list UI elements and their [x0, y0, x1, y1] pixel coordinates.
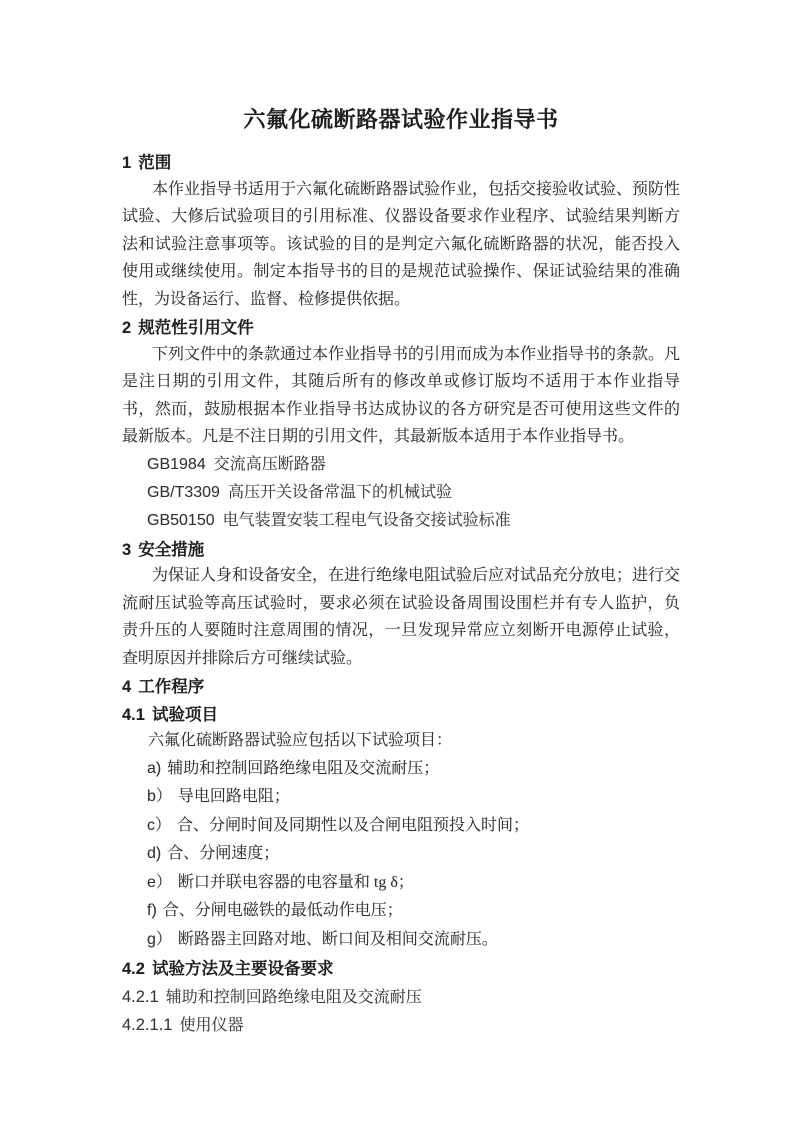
heading-number: 3	[122, 541, 131, 559]
test-item-text: 合、分闸速度；	[167, 845, 279, 862]
reference-name: 电气装置安装工程电气设备交接试验标准	[223, 512, 511, 529]
test-items-intro: 六氟化硫断路器试验应包括以下试验项目：	[122, 727, 680, 755]
heading-text: 范围	[138, 154, 171, 172]
heading-4-procedure: 4工作程序	[122, 672, 680, 700]
heading-number: 2	[122, 319, 131, 337]
heading-4-1-test-items: 4.1试验项目	[122, 700, 680, 728]
heading-text: 试验项目	[152, 706, 218, 724]
test-item-marker: g）	[147, 931, 172, 948]
heading-number: 1	[122, 154, 131, 172]
heading-4-2-1-aux-circuit: 4.2.1辅助和控制回路绝缘电阻及交流耐压	[122, 982, 680, 1011]
test-item: b）导电回路电阻；	[147, 783, 680, 812]
test-item-text: 合、分闸时间及同期性以及合闸电阻预投入时间；	[177, 817, 529, 834]
heading-number: 4.1	[122, 706, 145, 724]
test-item-text: 断口并联电容器的电容量和 tg δ；	[178, 874, 414, 891]
heading-number: 4.2.1.1	[122, 1016, 172, 1034]
heading-1-scope: 1范围	[122, 148, 680, 176]
test-item-marker: c）	[147, 817, 171, 834]
heading-2-references: 2规范性引用文件	[122, 313, 680, 341]
test-item-list: a)辅助和控制回路绝缘电阻及交流耐压； b）导电回路电阻； c）合、分闸时间及同…	[122, 755, 680, 955]
reference-name: 高压开关设备常温下的机械试验	[228, 484, 452, 501]
test-item-text: 导电回路电阻；	[178, 788, 290, 805]
test-item: e）断口并联电容器的电容量和 tg δ；	[147, 869, 680, 898]
test-item-marker: a)	[147, 760, 161, 777]
test-item-marker: b）	[147, 788, 172, 805]
test-item-text: 合、分闸电磁铁的最低动作电压；	[163, 902, 403, 919]
reference-item: GB50150电气装置安装工程电气设备交接试验标准	[147, 507, 680, 535]
reference-item: GB/T3309高压开关设备常温下的机械试验	[147, 479, 680, 507]
test-item: c）合、分闸时间及同期性以及合闸电阻预投入时间；	[147, 812, 680, 841]
heading-3-safety: 3安全措施	[122, 535, 680, 563]
reference-code: GB1984	[147, 456, 206, 473]
paragraph-references: 下列文件中的条款通过本作业指导书的引用而成为本作业指导书的条款。凡是注日期的引用…	[122, 341, 680, 451]
heading-text: 工作程序	[138, 678, 204, 696]
test-item-marker: f)	[147, 902, 157, 919]
heading-4-2-methods: 4.2试验方法及主要设备要求	[122, 954, 680, 982]
test-item: g）断路器主回路对地、断口间及相间交流耐压。	[147, 926, 680, 955]
heading-4-2-1-1-instruments: 4.2.1.1使用仪器	[122, 1010, 680, 1039]
reference-item: GB1984交流高压断路器	[147, 451, 680, 479]
heading-text: 使用仪器	[179, 1017, 243, 1034]
heading-number: 4.2	[122, 960, 145, 978]
test-item: d)合、分闸速度；	[147, 840, 680, 869]
heading-text: 规范性引用文件	[138, 319, 254, 337]
test-item-text: 辅助和控制回路绝缘电阻及交流耐压；	[167, 760, 439, 777]
reference-code: GB50150	[147, 512, 215, 529]
test-item-marker: e）	[147, 874, 172, 891]
paragraph-scope: 本作业指导书适用于六氟化硫断路器试验作业，包括交接验收试验、预防性试验、大修后试…	[122, 176, 680, 314]
heading-number: 4.2.1	[122, 988, 159, 1006]
test-item: f)合、分闸电磁铁的最低动作电压；	[147, 897, 680, 926]
heading-number: 4	[122, 678, 131, 696]
reference-code: GB/T3309	[147, 484, 220, 501]
heading-text: 试验方法及主要设备要求	[152, 960, 334, 978]
test-item: a)辅助和控制回路绝缘电阻及交流耐压；	[147, 755, 680, 784]
reference-list: GB1984交流高压断路器 GB/T3309高压开关设备常温下的机械试验 GB5…	[122, 451, 680, 535]
heading-text: 辅助和控制回路绝缘电阻及交流耐压	[166, 989, 422, 1006]
document-title: 六氟化硫断路器试验作业指导书	[122, 106, 680, 134]
paragraph-safety: 为保证人身和设备安全，在进行绝缘电阻试验后应对试品充分放电；进行交流耐压试验等高…	[122, 562, 680, 672]
test-item-marker: d)	[147, 845, 161, 862]
reference-name: 交流高压断路器	[214, 456, 326, 473]
heading-text: 安全措施	[138, 541, 204, 559]
document-page: 六氟化硫断路器试验作业指导书 1范围 本作业指导书适用于六氟化硫断路器试验作业，…	[0, 0, 800, 1132]
test-item-text: 断路器主回路对地、断口间及相间交流耐压。	[178, 931, 498, 948]
